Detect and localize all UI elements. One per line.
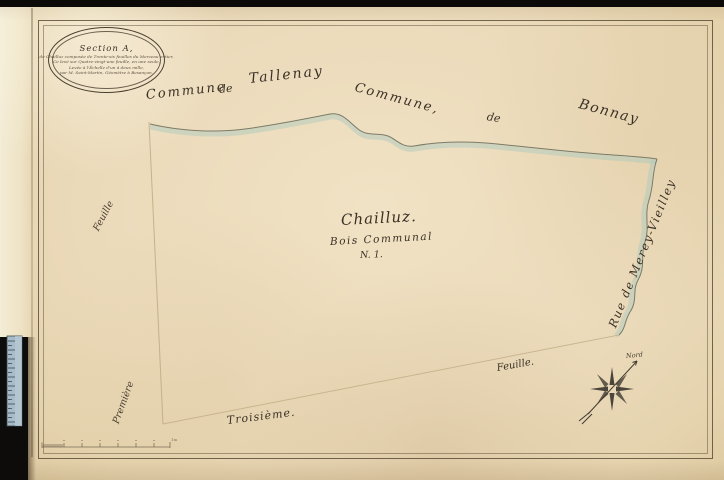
boundary-line-west (149, 122, 163, 424)
watercolor-wash-north (150, 117, 657, 162)
section-title: Section A, (80, 45, 134, 54)
parcel-number: N. 1. (360, 249, 383, 261)
cartouche-line: Levée à l'Échelle d'un à deux mille, (69, 65, 144, 70)
cartouche-line: par M. Saint-Martin, Géomètre à Besançon… (60, 70, 153, 75)
commune-bonnay-word-de: de (486, 110, 502, 125)
title-cartouche: Section A, de Chailluz composée de Trent… (48, 27, 165, 93)
commune-tallenay-word-de: de (218, 82, 233, 96)
scale-bar (42, 441, 170, 449)
compass-north-label: Nord (626, 351, 644, 360)
boundary-line-south (163, 335, 619, 424)
scanned-map-page: Section A, de Chailluz composée de Trent… (0, 0, 724, 480)
scale-bar-end-label: 1m (171, 437, 177, 442)
title-cartouche-inner: Section A, de Chailluz composée de Trent… (52, 31, 161, 89)
boundary-line-north (150, 114, 657, 159)
cartouche-line: Ce levé sur Quatre-vingt-une feuille, en… (53, 59, 160, 64)
reference-ruler (7, 336, 22, 426)
compass-rose (579, 361, 637, 424)
